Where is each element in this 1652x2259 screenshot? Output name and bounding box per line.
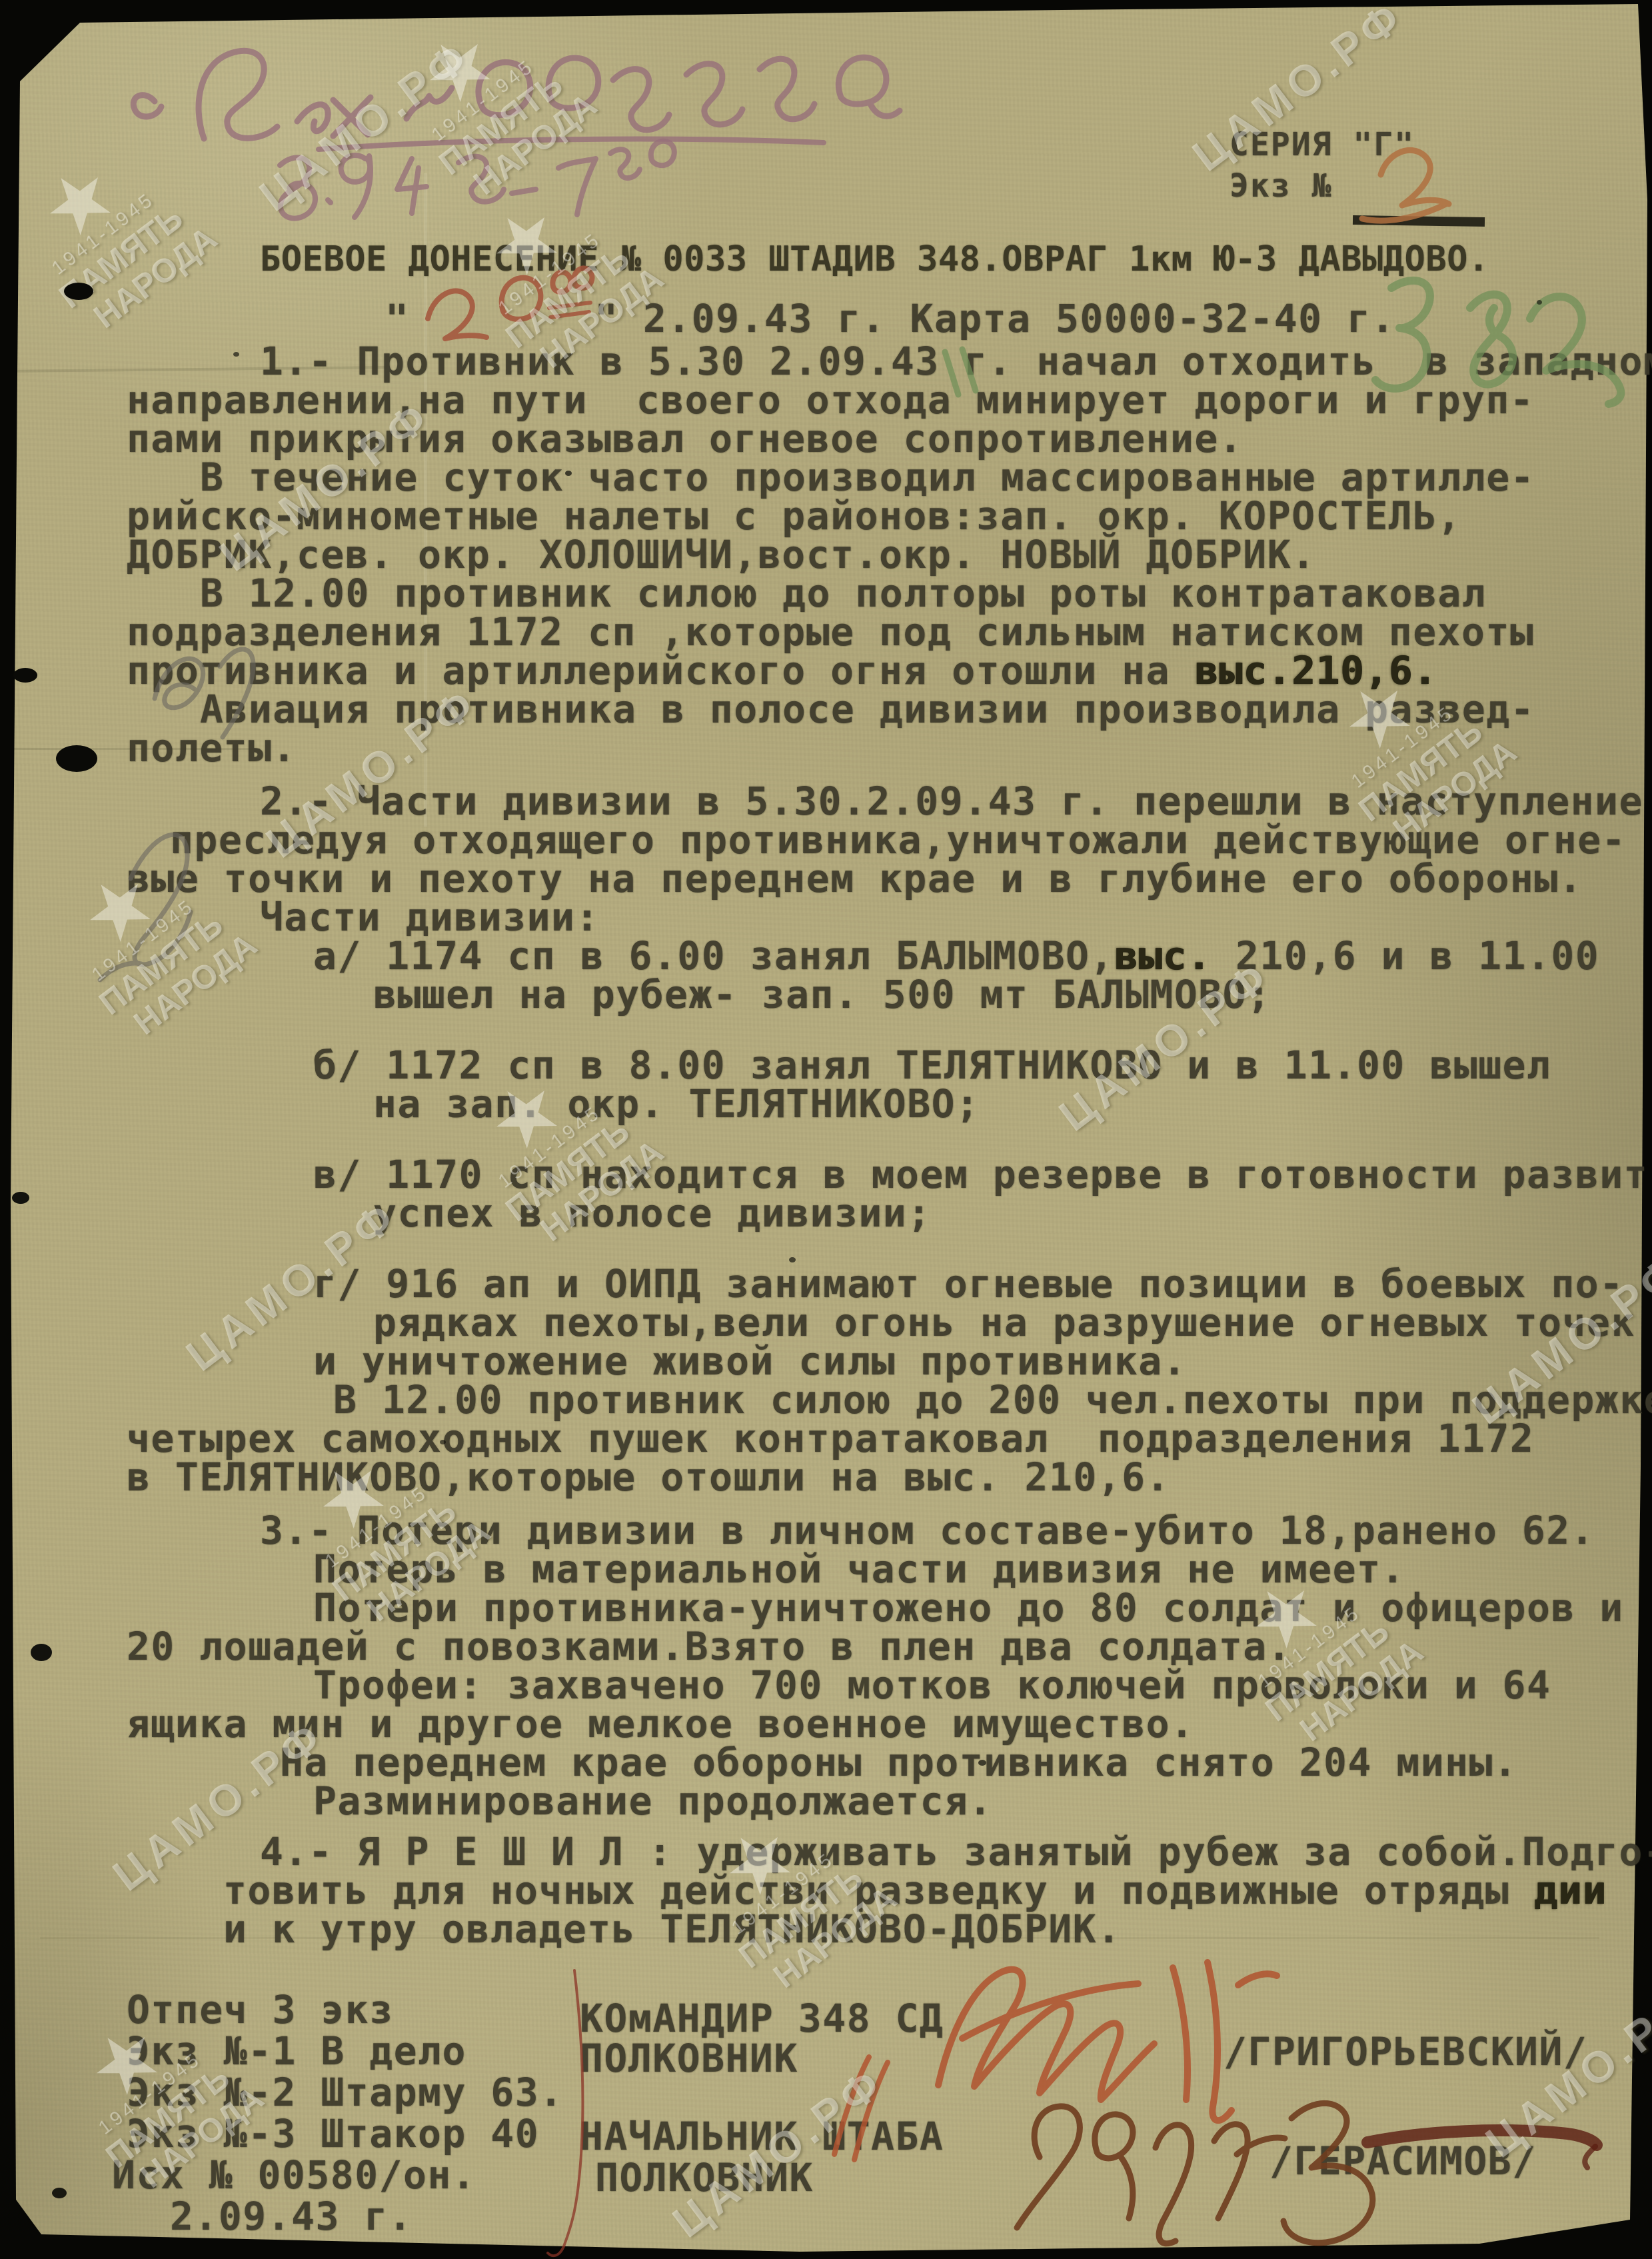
typed-line: В 12.00 противник силою до полторы роты … bbox=[200, 573, 1486, 614]
punch-hole bbox=[52, 2188, 67, 2198]
typed-line: товить для ночных действи разведку и под… bbox=[223, 1870, 1607, 1911]
typed-line: рийско-минометные налеты с районов:зап. … bbox=[127, 496, 1461, 537]
typed-line: Экз № bbox=[1230, 169, 1333, 203]
typed-line: ПОЛКОВНИК bbox=[595, 2158, 814, 2198]
paper-speck bbox=[789, 1257, 796, 1262]
typed-line: Потери противника-уничтожено до 80 солда… bbox=[313, 1588, 1624, 1628]
typed-line: 20 лошадей с повозками.Взято в плен два … bbox=[127, 1626, 1291, 1667]
typed-line: " 2.09.43 г. Карта 50000-32-40 г. bbox=[594, 299, 1395, 339]
typed-line: и уничтожение живой силы противника. bbox=[313, 1341, 1187, 1382]
typed-text-layer: СЕРИЯ "Г"Экз №БОЕВОЕ ДОНЕСЕНИЕ № 0033 ШТ… bbox=[0, 0, 1652, 2259]
typed-line: г/ 916 ап и ОИПД занимают огневые позици… bbox=[313, 1264, 1624, 1304]
typed-line: ДОБРИК,сев. окр. ХОЛОШИЧИ,вост.окр. НОВЫ… bbox=[127, 535, 1316, 575]
typed-line: противника и артиллерийского огня отошли… bbox=[127, 651, 1437, 691]
punch-hole bbox=[31, 1644, 52, 1661]
typed-line: КОмАНДИР 348 СД bbox=[580, 1998, 944, 2039]
typed-line: 1.- Противник в 5.30 2.09.43 г. начал от… bbox=[260, 341, 1652, 382]
typed-line: а/ 1174 сп в 6.00 занял БАЛЫМОВО,выс. 21… bbox=[313, 936, 1599, 977]
paper-speck bbox=[1537, 300, 1542, 305]
typed-line: На переднем крае обороны противника снят… bbox=[280, 1742, 1517, 1783]
typed-line: 4.- Я Р Е Ш И Л : удерживать занятый руб… bbox=[260, 1832, 1652, 1872]
typed-line: 2.- Части дивизии в 5.30.2.09.43 г. пере… bbox=[260, 781, 1643, 822]
typed-line: 3.- Потери дивизии в личном составе-убит… bbox=[260, 1510, 1595, 1551]
typed-line: /ГЕРАСИМОВ/ bbox=[1269, 2141, 1537, 2182]
typed-line: БОЕВОЕ ДОНЕСЕНИЕ № 0033 ШТАДИВ 348.ОВРАГ… bbox=[260, 241, 1489, 278]
typed-line: на зап. окр. ТЕЛЯТНИКОВО; bbox=[373, 1084, 980, 1125]
typed-line: /ГРИГОРЬЕВСКИЙ/ bbox=[1224, 2032, 1587, 2072]
typed-line: 2.09.43 г. bbox=[170, 2196, 413, 2237]
typed-line: Потерь в материальной части дивизия не и… bbox=[313, 1549, 1405, 1590]
typed-line: Разминирование продолжается. bbox=[313, 1781, 993, 1822]
archival-scan-page: { "document_type": "combat report (боево… bbox=[0, 0, 1652, 2259]
typed-line: четырех самоходных пушек контратаковал п… bbox=[127, 1418, 1534, 1459]
punch-hole bbox=[13, 668, 37, 683]
typed-line: вышел на рубеж- зап. 500 мт БАЛЫМОВО; bbox=[373, 975, 1271, 1015]
typed-line: " bbox=[385, 299, 409, 339]
typed-line: ящика мин и другое мелкое военное имущес… bbox=[127, 1704, 1194, 1744]
typed-line: вые точки и пехоту на переднем крае и в … bbox=[127, 859, 1583, 899]
paper-speck bbox=[565, 471, 572, 476]
punch-hole bbox=[56, 745, 97, 772]
typed-line: направлении,на пути своего отхода миниру… bbox=[127, 380, 1534, 421]
typed-line: в ТЕЛЯТНИКОВО,которые отошли на выс. 210… bbox=[127, 1457, 1170, 1498]
typed-line: Трофеи: захвачено 700 мотков колючей про… bbox=[313, 1665, 1551, 1706]
paper-speck bbox=[440, 1440, 446, 1444]
typed-line: б/ 1172 сп в 8.00 занял ТЕЛЯТНИКОВО и в … bbox=[313, 1045, 1551, 1086]
typed-line: ПОЛКОВНИК bbox=[580, 2038, 798, 2079]
typed-line: Отпеч 3 экз bbox=[127, 1990, 394, 2030]
typed-line: Авиация противника в полосе дивизии прои… bbox=[200, 689, 1535, 730]
typed-line: Экз №-1 В дело bbox=[127, 2031, 466, 2072]
typed-line: СЕРИЯ "Г" bbox=[1230, 128, 1415, 161]
punch-hole bbox=[12, 1192, 29, 1204]
paper-speck bbox=[233, 352, 239, 357]
typed-line: Части дивизии: bbox=[260, 897, 600, 938]
typed-line: подразделения 1172 сп ,которые под сильн… bbox=[127, 612, 1534, 653]
typed-line: полеты. bbox=[127, 728, 297, 769]
typed-line: В 12.00 противник силою до 200 чел.пехот… bbox=[333, 1380, 1652, 1420]
typed-line: и к утру овладеть ТЕЛЯТНИКОВО-ДОБРИК. bbox=[223, 1909, 1122, 1950]
paper-speck bbox=[978, 1760, 986, 1766]
typed-line: Экз №-2 Штарму 63. bbox=[127, 2072, 564, 2113]
punch-hole bbox=[64, 283, 93, 300]
typed-line: В течение суток часто производил массиро… bbox=[200, 457, 1535, 498]
typed-line: успех в полосе дивизии; bbox=[373, 1193, 932, 1234]
typed-line: преследуя отходящего противника,уничтожа… bbox=[170, 820, 1626, 861]
typed-line: НАЧАЛЬНИК ШТАБА bbox=[580, 2116, 944, 2157]
typed-line: Исх № 00580/он. bbox=[112, 2155, 476, 2196]
typed-line: в/ 1170 сп находится в моем резерве в го… bbox=[313, 1154, 1648, 1195]
typed-line: пами прикрытия оказывал огневое сопротив… bbox=[127, 419, 1243, 459]
typed-line: Экз №-3 Штакор 40 bbox=[127, 2114, 539, 2154]
typed-line: рядках пехоты,вели огонь на разрушение о… bbox=[373, 1302, 1635, 1343]
